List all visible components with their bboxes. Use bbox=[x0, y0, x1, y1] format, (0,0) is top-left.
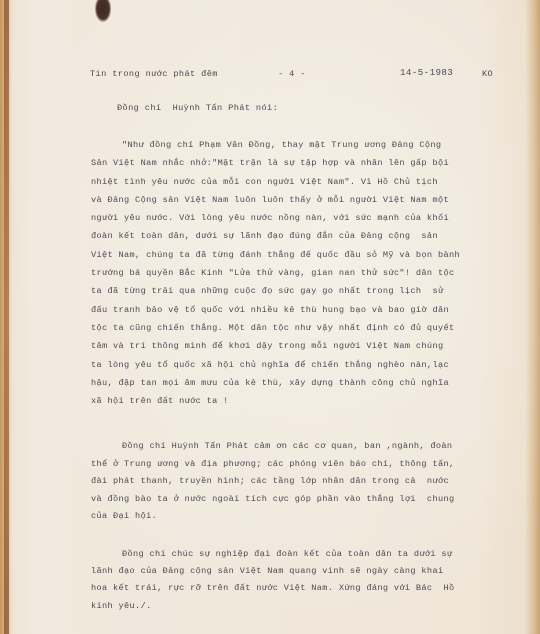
text-line: lãnh đạo của Đảng cộng sản Việt Nam quan… bbox=[91, 563, 531, 580]
text-line: kính yêu./. bbox=[91, 598, 531, 615]
text-line: của Đại hội. bbox=[91, 508, 531, 526]
text-line: tộc ta cũng chiến thắng. Một dân tộc như… bbox=[91, 319, 531, 337]
text-line: đấu tranh bảo vệ tổ quốc với nhiều kẻ th… bbox=[91, 301, 531, 319]
text-line: thể ở Trung ương và địa phương; các phón… bbox=[91, 456, 531, 474]
text-line: Việt Nam, chúng ta đã từng đánh thắng đế… bbox=[91, 246, 531, 264]
text-line: người yêu nước. Với lòng yêu nước nồng n… bbox=[91, 209, 531, 227]
paragraph-quote: "Như đồng chí Phạm Văn Đồng, thay mặt Tr… bbox=[91, 136, 531, 410]
paragraph-wishes: Đồng chí chúc sự nghiệp đại đoàn kết của… bbox=[91, 546, 531, 615]
text-line: Đồng chí chúc sự nghiệp đại đoàn kết của… bbox=[91, 546, 531, 563]
text-line: và Đảng Cộng sản Việt Nam luôn luôn thấy… bbox=[91, 191, 531, 209]
text-line: Sản Việt Nam nhắc nhở:"Mặt trận là sự tậ… bbox=[91, 154, 531, 172]
text-line: trướng bá quyền Bắc Kinh "Lửa thử vàng, … bbox=[91, 264, 531, 282]
text-line: và đồng bào ta ở nước ngoài tích cực góp… bbox=[91, 491, 531, 509]
text-line: xã hội trên đất nước ta ! bbox=[91, 392, 531, 410]
text-line: đài phát thanh, truyền hình; các tầng lớ… bbox=[91, 473, 531, 491]
header-code: KO bbox=[482, 70, 493, 79]
text-line: hậu, đập tan mọi âm mưu của kẻ thù, xây … bbox=[91, 374, 531, 392]
text-line: tâm và trí thông minh để khơi dậy trong … bbox=[91, 337, 531, 355]
page-number: - 4 - bbox=[278, 70, 306, 79]
text-line: ta đã từng trải qua những cuộc đọ sức ga… bbox=[91, 282, 531, 300]
speaker-line: Đồng chí Huỳnh Tấn Phát nói: bbox=[117, 104, 278, 113]
text-line: Đồng chí Huỳnh Tấn Phát cảm ơn các cơ qu… bbox=[91, 438, 531, 456]
text-line: nhiệt tình yêu nước của mỗi con người Vi… bbox=[91, 173, 531, 191]
text-line: hoa kết trái, rực rỡ trên đất nước Việt … bbox=[91, 580, 531, 597]
header-date: 14-5-1983 bbox=[400, 68, 453, 77]
text-line: "Như đồng chí Phạm Văn Đồng, thay mặt Tr… bbox=[91, 136, 531, 154]
document-page: Tin trong nước phát đêm - 4 - 14-5-1983 … bbox=[0, 0, 540, 634]
binding-edge bbox=[4, 0, 9, 634]
header-title: Tin trong nước phát đêm bbox=[90, 70, 218, 79]
paragraph-thanks: Đồng chí Huỳnh Tấn Phát cảm ơn các cơ qu… bbox=[91, 438, 531, 526]
text-line: ta lòng yêu tổ quốc xã hội chủ nghĩa để … bbox=[91, 356, 531, 374]
ink-stain bbox=[95, 0, 111, 22]
text-line: đoàn kết toàn dân, dưới sự lãnh đạo đúng… bbox=[91, 227, 531, 245]
